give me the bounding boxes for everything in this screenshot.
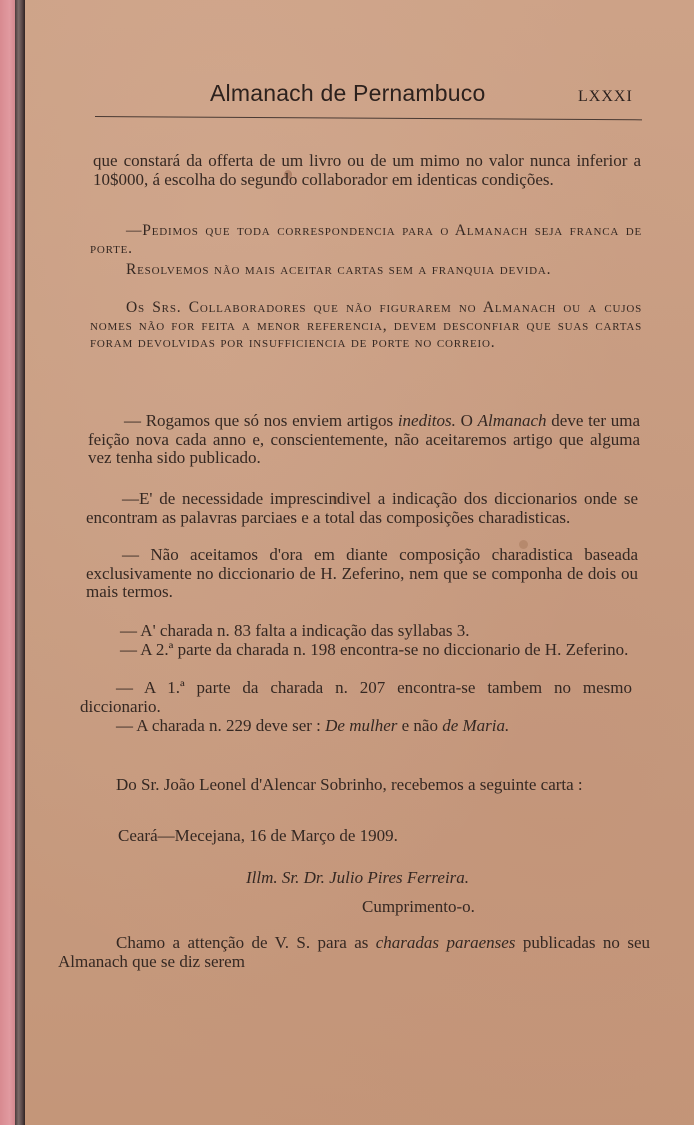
paragraph-text: — A' charada n. 83 falta a indicação das… [120,621,470,640]
paragraph-text: —Pedimos que toda correspondencia para o… [90,222,642,257]
pink-binding-edge [0,0,16,1125]
book-spine [15,0,25,1125]
italic-run: Almanach [478,411,547,430]
letter-salutation: Illm. Sr. Dr. Julio Pires Ferreira. [246,868,469,888]
italic-run: de Maria. [442,716,509,735]
text-run: e não [397,716,442,735]
paragraph-letter-intro: Do Sr. João Leonel d'Alencar Sobrinho, r… [80,776,632,795]
paragraph-letter-body: Chamo a attenção de V. S. para as charad… [58,934,650,971]
text-run: O [456,411,478,430]
italic-run: ineditos. [398,411,456,430]
paragraph-text: Resolvemos não mais aceitar cartas sem a… [126,261,551,278]
paragraph-unpublished-articles: — Rogamos que só nos enviem artigos ined… [88,412,640,468]
paragraph-dictionary-requirement: —E' de necessidade imprescindivel a indi… [86,490,638,527]
running-title: Almanach de Pernambuco [210,80,485,107]
paragraph-charade-83: — A' charada n. 83 falta a indicação das… [84,622,636,641]
italic-run: De mulher [325,716,397,735]
italic-run: charadas paraenses [376,933,516,952]
page-number: LXXXI [578,88,633,106]
paragraph-charade-207: — A 1.ª parte da charada n. 207 encontra… [80,679,632,716]
paragraph-postage-refusal: Resolvemos não mais aceitar cartas sem a… [90,261,642,279]
text-run: — Rogamos que só nos enviem artigos [124,411,398,430]
paragraph-zeferino-notice: — Não aceitamos d'ora em diante composiç… [86,546,638,602]
paragraph-text: Os Srs. Collaboradores que não figurarem… [90,299,642,351]
paragraph-postage-request: —Pedimos que toda correspondencia para o… [90,222,642,257]
paragraph-text: —E' de necessidade imprescindivel a indi… [86,489,638,527]
paragraph-text: — A 1.ª parte da charada n. 207 encontra… [80,678,632,716]
letter-greeting: Cumprimento-o. [362,897,475,917]
paragraph-text: — Não aceitamos d'ora em diante composiç… [86,545,638,601]
paragraph-collaborators-notice: Os Srs. Collaboradores que não figurarem… [90,299,642,352]
text-run: — A charada n. 229 deve ser : [116,716,325,735]
paragraph-charade-229: — A charada n. 229 deve ser : De mulher … [80,717,632,736]
paragraph-offer: que constará da offerta de um livro ou d… [93,152,641,189]
paragraph-text: Do Sr. João Leonel d'Alencar Sobrinho, r… [116,775,583,794]
paragraph-charade-198: — A 2.ª parte da charada n. 198 encontra… [84,641,636,660]
letter-dateline: Ceará—Mecejana, 16 de Março de 1909. [118,826,398,846]
paragraph-text: — A 2.ª parte da charada n. 198 encontra… [120,640,628,659]
text-run: Chamo a attenção de V. S. para as [116,933,376,952]
